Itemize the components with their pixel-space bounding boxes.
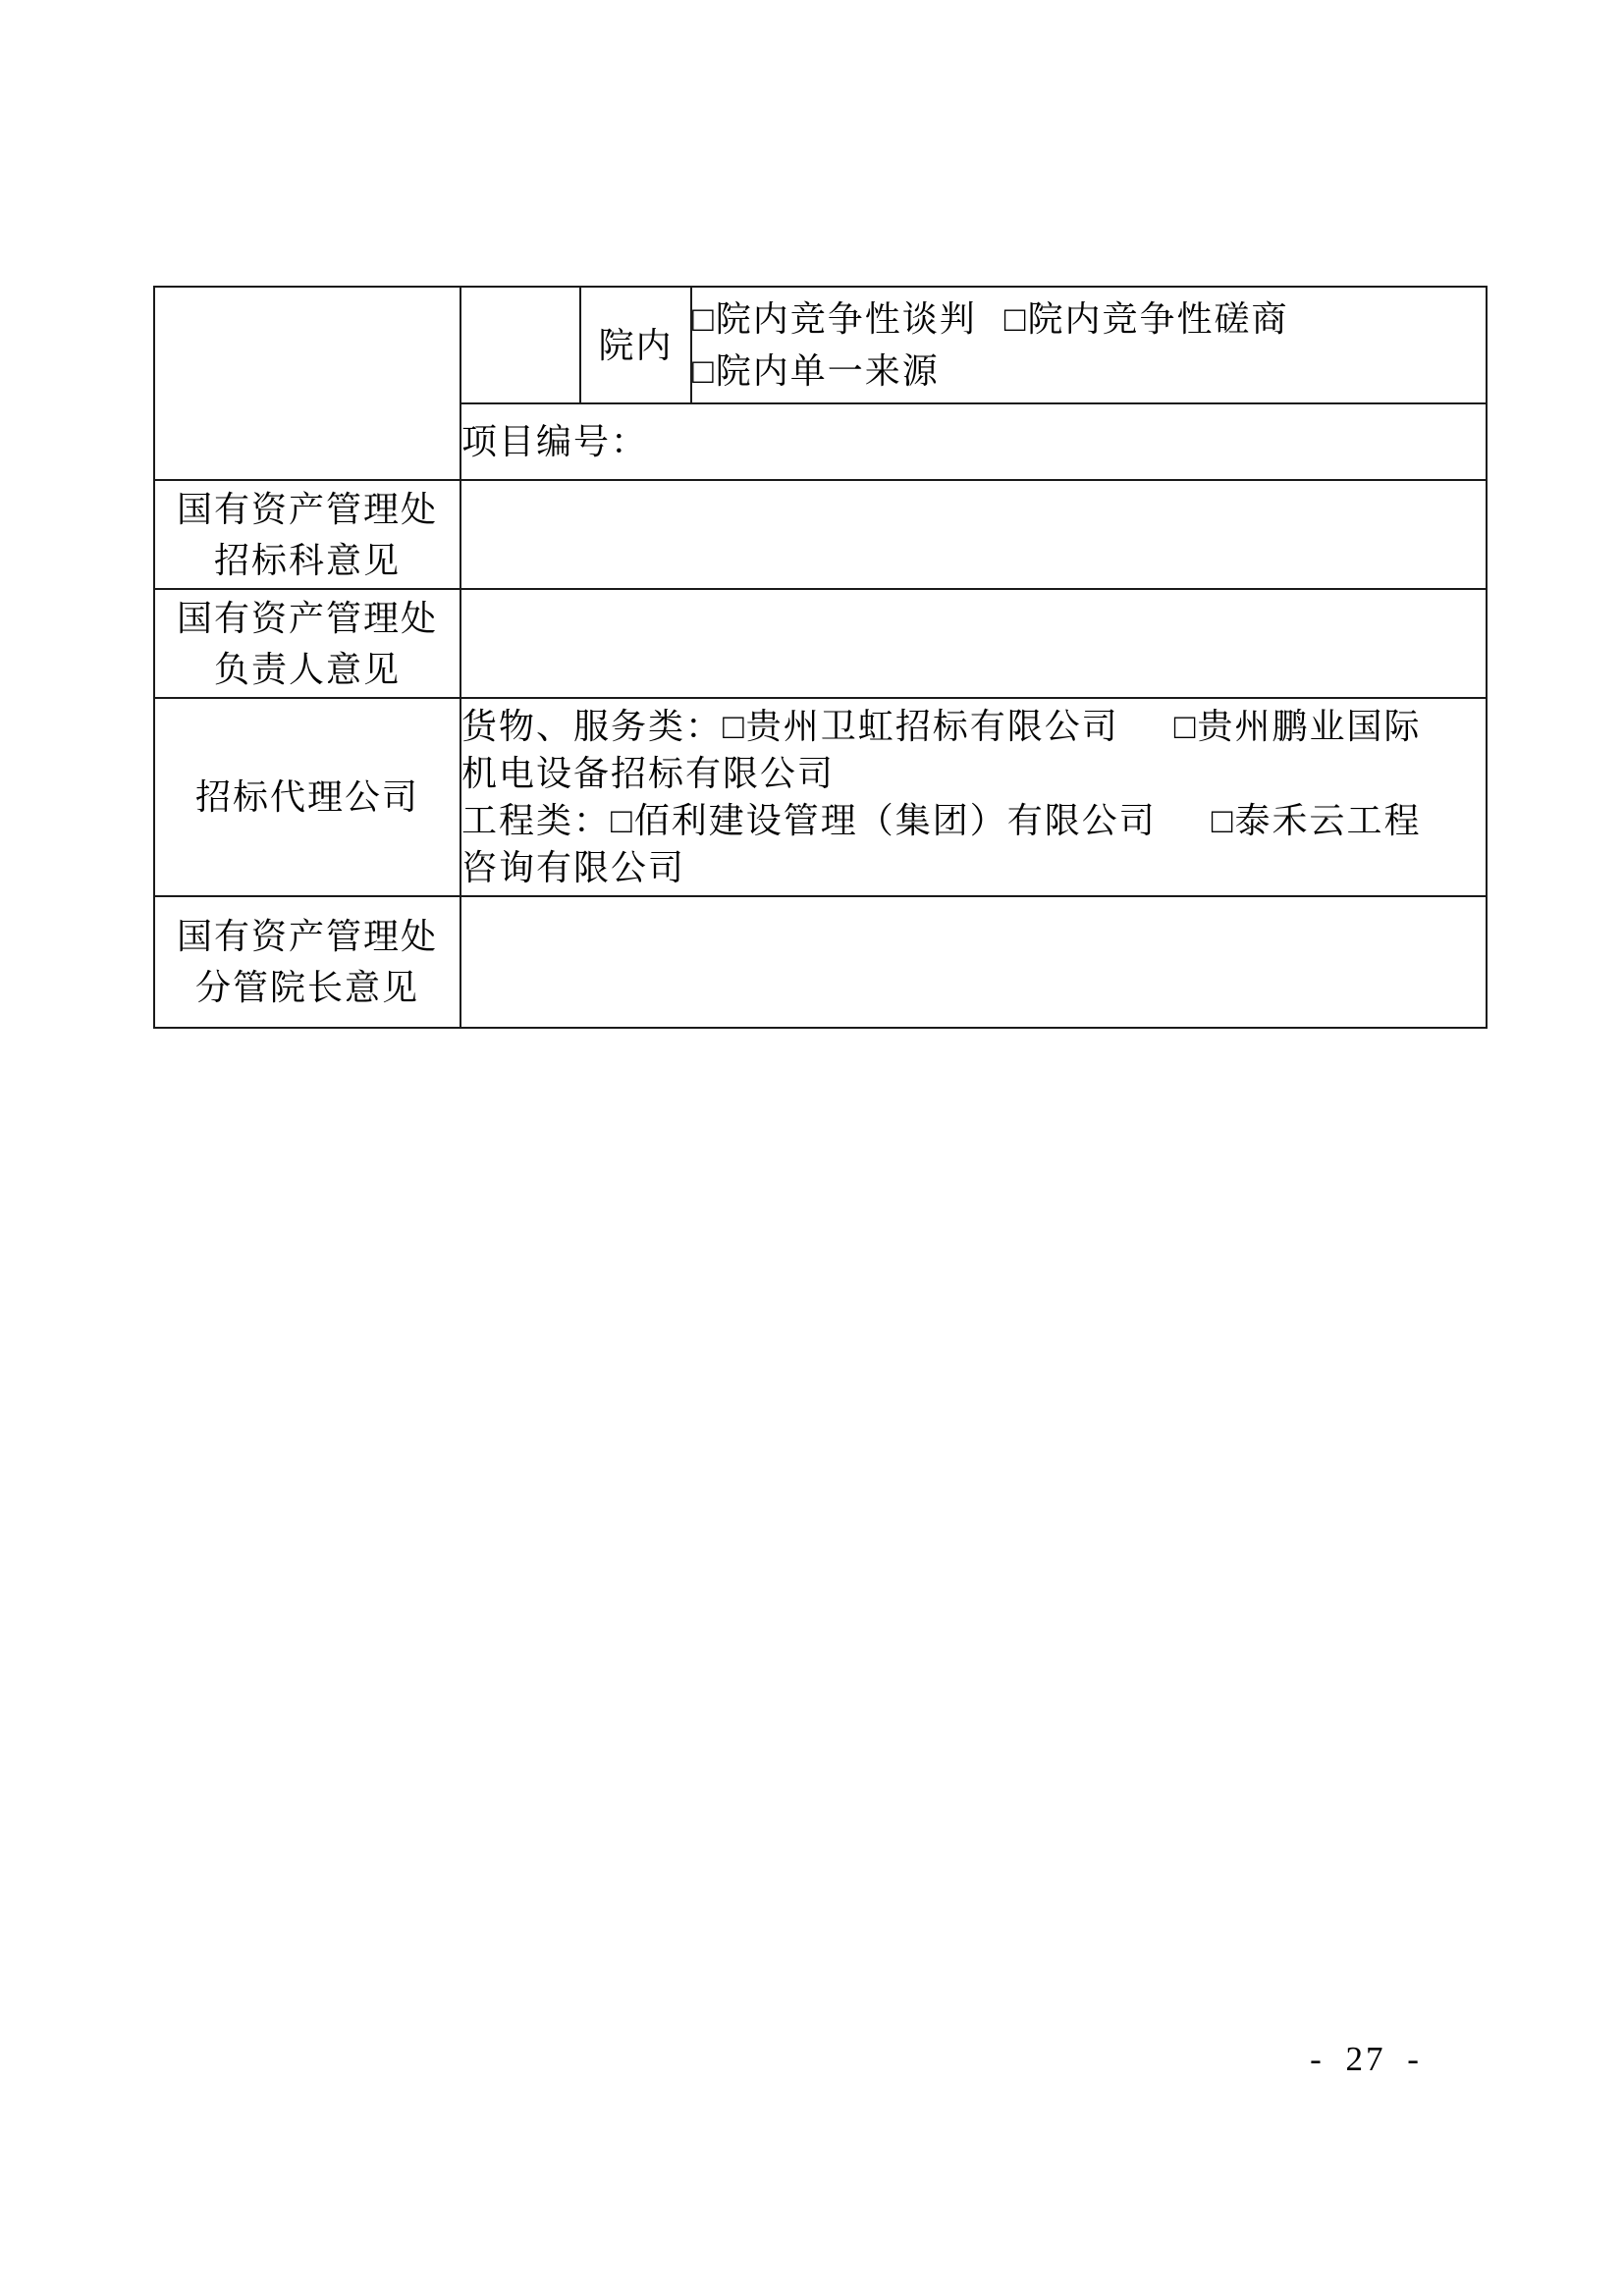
checkbox-option-baili-construction: □佰利建设管理（集团）有限公司 bbox=[611, 801, 1157, 840]
merged-empty-cell bbox=[154, 287, 460, 480]
project-number-label: 项目编号： bbox=[461, 422, 648, 461]
goods-services-label: 货物、服务类： bbox=[461, 707, 723, 746]
table-row-internal-procurement: 院内 □院内竞争性谈判□院内竞争性磋商 □院内单一来源 bbox=[154, 287, 1487, 403]
agency-goods-line: 货物、服务类：□贵州卫虹招标有限公司□贵州鹏业国际 bbox=[461, 703, 1486, 750]
agency-works-line: 工程类：□佰利建设管理（集团）有限公司□泰禾云工程 bbox=[461, 797, 1486, 844]
bid-section-opinion-label-line1: 国有资产管理处 bbox=[155, 484, 460, 535]
checkbox-option-internal-negotiation: □院内竞争性谈判 bbox=[692, 299, 977, 339]
head-opinion-label-line2: 负责人意见 bbox=[155, 644, 460, 695]
empty-subcategory-cell bbox=[460, 287, 580, 403]
table-row-bid-section-opinion: 国有资产管理处 招标科意见 bbox=[154, 480, 1487, 589]
vp-opinion-label-line1: 国有资产管理处 bbox=[155, 911, 460, 962]
bid-section-opinion-label-cell: 国有资产管理处 招标科意见 bbox=[154, 480, 460, 589]
internal-scope-label: 院内 bbox=[598, 326, 673, 365]
project-number-cell: 项目编号： bbox=[460, 403, 1487, 480]
works-label: 工程类： bbox=[461, 801, 611, 840]
table-row-vp-opinion: 国有资产管理处 分管院长意见 bbox=[154, 896, 1487, 1028]
page-number: - 27 - bbox=[1292, 2040, 1439, 2079]
bid-section-opinion-content-cell bbox=[460, 480, 1487, 589]
bidding-agency-label: 招标代理公司 bbox=[195, 777, 419, 817]
checkbox-option-guizhou-pengye: □贵州鹏业国际 bbox=[1174, 707, 1422, 746]
bidding-agency-label-cell: 招标代理公司 bbox=[154, 698, 460, 896]
checkbox-option-taihe-cloud: □泰禾云工程 bbox=[1212, 801, 1422, 840]
head-opinion-label-cell: 国有资产管理处 负责人意见 bbox=[154, 589, 460, 698]
agency-goods-wrap-line: 机电设备招标有限公司 bbox=[461, 750, 1486, 797]
agency-works-wrap-line: 咨询有限公司 bbox=[461, 844, 1486, 891]
approval-table: 院内 □院内竞争性谈判□院内竞争性磋商 □院内单一来源 项目编号： 国有资产管理… bbox=[153, 286, 1488, 1029]
checkbox-option-internal-single-source: □院内单一来源 bbox=[692, 351, 940, 391]
bidding-agency-content-cell: 货物、服务类：□贵州卫虹招标有限公司□贵州鹏业国际 机电设备招标有限公司 工程类… bbox=[460, 698, 1487, 896]
checkbox-option-guizhou-weihong: □贵州卫虹招标有限公司 bbox=[723, 707, 1119, 746]
goods-option-wrap-text: 机电设备招标有限公司 bbox=[461, 754, 835, 793]
internal-options-line-1: □院内竞争性谈判□院内竞争性磋商 bbox=[692, 294, 1486, 346]
works-option-wrap-text: 咨询有限公司 bbox=[461, 848, 685, 887]
head-opinion-label-line1: 国有资产管理处 bbox=[155, 593, 460, 644]
document-page: 院内 □院内竞争性谈判□院内竞争性磋商 □院内单一来源 项目编号： 国有资产管理… bbox=[0, 0, 1624, 2296]
bid-section-opinion-label-line2: 招标科意见 bbox=[155, 535, 460, 586]
table-row-head-opinion: 国有资产管理处 负责人意见 bbox=[154, 589, 1487, 698]
vp-opinion-label-cell: 国有资产管理处 分管院长意见 bbox=[154, 896, 460, 1028]
table-row-bidding-agency: 招标代理公司 货物、服务类：□贵州卫虹招标有限公司□贵州鹏业国际 机电设备招标有… bbox=[154, 698, 1487, 896]
internal-scope-label-cell: 院内 bbox=[580, 287, 691, 403]
vp-opinion-content-cell bbox=[460, 896, 1487, 1028]
internal-options-line-2: □院内单一来源 bbox=[692, 346, 1486, 398]
checkbox-option-internal-consultation: □院内竞争性磋商 bbox=[1004, 299, 1289, 339]
head-opinion-content-cell bbox=[460, 589, 1487, 698]
vp-opinion-label-line2: 分管院长意见 bbox=[155, 962, 460, 1013]
internal-options-cell: □院内竞争性谈判□院内竞争性磋商 □院内单一来源 bbox=[691, 287, 1487, 403]
